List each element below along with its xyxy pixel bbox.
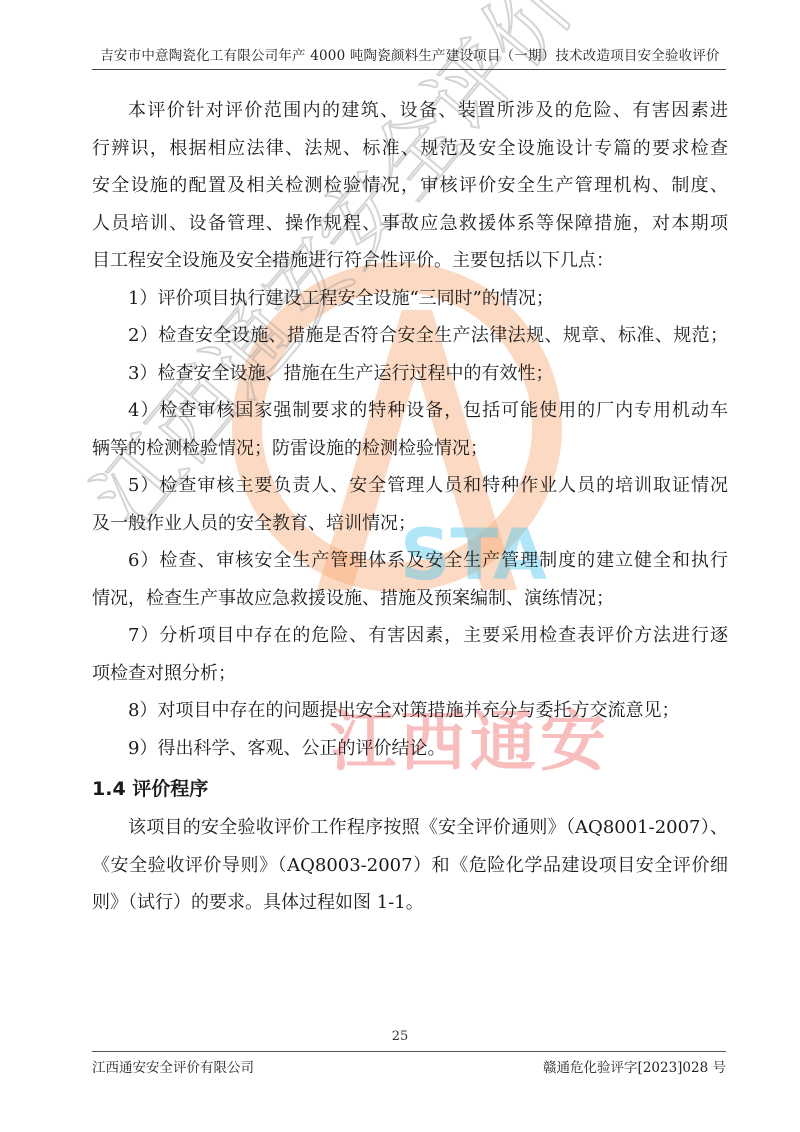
list-item-5-continued: 及一般作业人员的安全教育、培训情况； — [92, 505, 728, 543]
list-item-1: 1）评价项目执行建设工程安全设施“三同时”的情况； — [92, 280, 728, 318]
footer-company: 江西通安安全评价有限公司 — [92, 1056, 254, 1076]
page-number: 25 — [0, 1029, 800, 1044]
paragraph-line: 行辨识，根据相应法律、法规、标准、规范及安全设施设计专篇的要求检查 — [92, 130, 728, 168]
paragraph-line: 本评价针对评价范围内的建筑、设备、装置所涉及的危险、有害因素进 — [92, 92, 728, 130]
intro-paragraph: 本评价针对评价范围内的建筑、设备、装置所涉及的危险、有害因素进 行辨识，根据相应… — [92, 92, 728, 280]
paragraph-line: 《安全验收评价导则》（AQ8003-2007）和《危险化学品建设项目安全评价细 — [92, 847, 728, 885]
section-heading: 1.4 评价程序 — [92, 769, 728, 809]
list-item-9: 9）得出科学、客观、公正的评价结论。 — [92, 730, 728, 768]
paragraph-line: 目工程安全设施及安全措施进行符合性评价。主要包括以下几点： — [92, 242, 728, 280]
footer-report-number: 赣通危化验评字[2023]028 号 — [543, 1056, 726, 1076]
paragraph-line: 该项目的安全验收评价工作程序按照《安全评价通则》（AQ8001-2007）、 — [92, 809, 728, 847]
footer-divider — [92, 1051, 726, 1052]
list-item-8: 8）对项目中存在的问题提出安全对策措施并充分与委托方交流意见； — [92, 692, 728, 730]
page-body: 本评价针对评价范围内的建筑、设备、装置所涉及的危险、有害因素进 行辨识，根据相应… — [92, 92, 728, 922]
list-item-7: 7）分析项目中存在的危险、有害因素，主要采用检查表评价方法进行逐 — [92, 617, 728, 655]
evaluation-points-list: 1）评价项目执行建设工程安全设施“三同时”的情况； 2）检查安全设施、措施是否符… — [92, 280, 728, 768]
procedure-paragraph: 该项目的安全验收评价工作程序按照《安全评价通则》（AQ8001-2007）、 《… — [92, 809, 728, 922]
list-item-7-continued: 项检查对照分析； — [92, 655, 728, 693]
list-item-6-continued: 情况，检查生产事故应急救援设施、措施及预案编制、演练情况； — [92, 580, 728, 618]
paragraph-line: 人员培训、设备管理、操作规程、事故应急救援体系等保障措施，对本期项 — [92, 205, 728, 243]
list-item-4: 4）检查审核国家强制要求的特种设备，包括可能使用的厂内专用机动车 — [92, 392, 728, 430]
paragraph-line: 安全设施的配置及相关检测检验情况，审核评价安全生产管理机构、制度、 — [92, 167, 728, 205]
header-divider — [92, 69, 726, 70]
list-item-3: 3）检查安全设施、措施在生产运行过程中的有效性； — [92, 355, 728, 393]
list-item-6: 6）检查、审核安全生产管理体系及安全生产管理制度的建立健全和执行 — [92, 542, 728, 580]
paragraph-line: 则》（试行）的要求。具体过程如图 1-1。 — [92, 884, 728, 922]
list-item-4-continued: 辆等的检测检验情况；防雷设施的检测检验情况； — [92, 430, 728, 468]
list-item-5: 5）检查审核主要负责人、安全管理人员和特种作业人员的培训取证情况 — [92, 467, 728, 505]
list-item-2: 2）检查安全设施、措施是否符合安全生产法律法规、规章、标准、规范； — [92, 317, 728, 355]
running-header-title: 吉安市中意陶瓷化工有限公司年产 4000 吨陶瓷颜料生产建设项目（一期）技术改造… — [90, 44, 730, 64]
